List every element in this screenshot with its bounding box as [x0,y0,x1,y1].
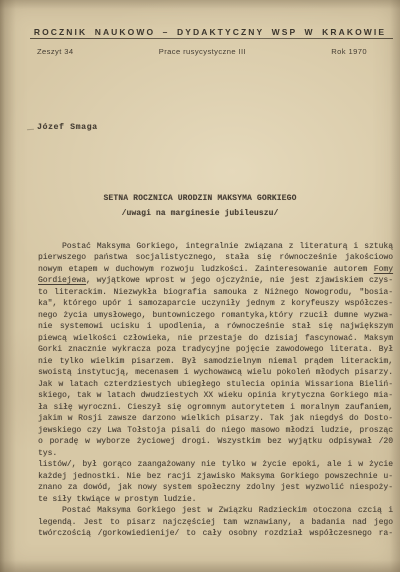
paragraph: Postać Maksyma Gorkiego, integralnie zwi… [38,241,393,506]
body-line: to literackim. Niezwykła biografia samou… [38,287,393,299]
body-line: skiego, tak w latach dwudziestych XX wie… [38,390,393,402]
margin-pencil-mark [27,129,34,130]
header-meta-row: Zeszyt 34 Prace rusycystyczne III Rok 19… [37,47,367,56]
body-line: jewskiego czy Lwa Tołstoja pisali do nie… [38,425,393,437]
body-line: legendą. Jest to pisarz najczęściej tam … [38,517,393,529]
body-line: o poradę w wyborze życiowej drogi. Wszys… [38,436,393,459]
underlined-text: Gordiejewa [38,276,86,285]
journal-title: ROCZNIK NAUKOWO – DYDAKTYCZNY WSP W KRAK… [30,27,390,37]
header-rule [30,38,393,39]
body-line: piewcą wielkości człowieka, nie przestaj… [38,333,393,345]
body-line: listów/, był gorąco zaangażowany nie tyl… [38,459,393,471]
body-line: nego życia umysłowego, buntowniczego rom… [38,310,393,322]
body-line: ła siłę wyroczni. Cieszył się ogromnym a… [38,402,393,414]
publication-year: Rok 1970 [331,47,367,56]
issue-number: Zeszyt 34 [37,47,74,56]
body-line: Jak w latach czterdziestych ubiegłego st… [38,379,393,391]
body-line: swoistą instytucją, mecenasem i wychowaw… [38,367,393,379]
author-name: Józef Smaga [37,123,98,132]
body-line: nowym etapem w duchowym rozwoju ludzkośc… [38,264,393,276]
underlined-text: Fomy [374,265,393,274]
body-line: Gordiejewa, wyjątkowe wprost w jego ojcz… [38,275,393,287]
body-line: każdej jednostki. Nie bez racji zjawisko… [38,471,393,483]
paragraph: Postać Maksyma Gorkiego jest w Związku R… [38,505,393,540]
body-line: nie systemowi ucisku i upodlenia, a równ… [38,321,393,333]
body-line: te siły tkwiące w prostym ludzie. [38,494,393,506]
series-title: Prace rusycystyczne III [159,47,246,56]
body-line: ka", którego upór i samozaparcie uczynił… [38,298,393,310]
body-line: znano za dowód, jak nowy system społeczn… [38,482,393,494]
scanned-journal-page: ROCZNIK NAUKOWO – DYDAKTYCZNY WSP W KRAK… [0,0,400,572]
body-line: twórczością /gorkowiedienije/ to cały os… [38,528,393,540]
body-line: Gorki znacznie wykracza poza tradycyjne … [38,344,393,356]
body-line: Postać Maksyma Gorkiego jest w Związku R… [38,505,393,517]
article-subtitle: /uwagi na marginesie jubileuszu/ [0,209,400,218]
article-body: Postać Maksyma Gorkiego, integralnie zwi… [38,241,393,540]
body-line: Postać Maksyma Gorkiego, integralnie zwi… [38,241,393,253]
body-line: jakim w Rosji zawsze darzono wielkich pi… [38,413,393,425]
body-line: nie tylko wielkim pisarzem. Był samodzie… [38,356,393,368]
body-line: pierwszego państwa socjalistycznego, sta… [38,252,393,264]
article-title: SETNA ROCZNICA URODZIN MAKSYMA GORKIEGO [0,194,400,203]
